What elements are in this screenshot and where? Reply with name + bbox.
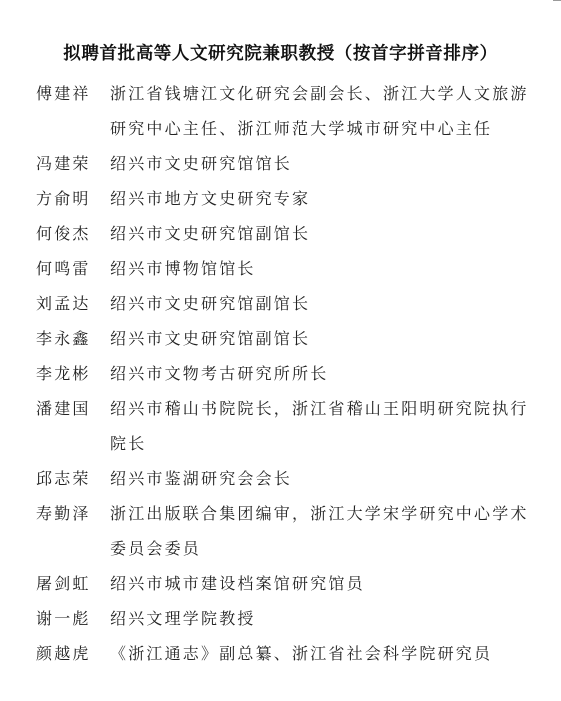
person-title: 绍兴市文史研究馆馆长 bbox=[110, 146, 536, 181]
list-item: 李永鑫 绍兴市文史研究馆副馆长 bbox=[36, 321, 536, 356]
list-item: 何鸣雷 绍兴市博物馆馆长 bbox=[36, 251, 536, 286]
person-title: 《浙江通志》副总纂、浙江省社会科学院研究员 bbox=[110, 636, 536, 671]
list-item: 颜越虎 《浙江通志》副总纂、浙江省社会科学院研究员 bbox=[36, 636, 536, 671]
person-name: 寿勤泽 bbox=[36, 496, 110, 531]
professor-list: 傅建祥 浙江省钱塘江文化研究会副会长、浙江大学人文旅游研究中心主任、浙江师范大学… bbox=[36, 76, 536, 671]
list-item: 寿勤泽 浙江出版联合集团编审，浙江大学宋学研究中心学术委员会委员 bbox=[36, 496, 536, 566]
person-name: 傅建祥 bbox=[36, 76, 110, 111]
person-title: 绍兴市稽山书院院长，浙江省稽山王阳明研究院执行院长 bbox=[110, 391, 536, 461]
person-title: 绍兴市文史研究馆副馆长 bbox=[110, 321, 536, 356]
person-name: 方俞明 bbox=[36, 181, 110, 216]
corner-mark bbox=[553, 0, 561, 1]
list-item: 傅建祥 浙江省钱塘江文化研究会副会长、浙江大学人文旅游研究中心主任、浙江师范大学… bbox=[36, 76, 536, 146]
person-title: 绍兴市城市建设档案馆研究馆员 bbox=[110, 566, 536, 601]
person-name: 何俊杰 bbox=[36, 216, 110, 251]
person-name: 李龙彬 bbox=[36, 356, 110, 391]
person-name: 潘建国 bbox=[36, 391, 110, 426]
list-item: 冯建荣 绍兴市文史研究馆馆长 bbox=[36, 146, 536, 181]
person-title: 浙江出版联合集团编审，浙江大学宋学研究中心学术委员会委员 bbox=[110, 496, 536, 566]
person-title: 绍兴市文史研究馆副馆长 bbox=[110, 216, 536, 251]
person-name: 李永鑫 bbox=[36, 321, 110, 356]
person-title: 绍兴市博物馆馆长 bbox=[110, 251, 536, 286]
list-item: 何俊杰 绍兴市文史研究馆副馆长 bbox=[36, 216, 536, 251]
list-item: 邱志荣 绍兴市鉴湖研究会会长 bbox=[36, 461, 536, 496]
list-item: 李龙彬 绍兴市文物考古研究所所长 bbox=[36, 356, 536, 391]
person-title: 绍兴文理学院教授 bbox=[110, 601, 536, 636]
person-name: 刘孟达 bbox=[36, 286, 110, 321]
person-name: 颜越虎 bbox=[36, 636, 110, 671]
person-name: 谢一彪 bbox=[36, 601, 110, 636]
person-title: 绍兴市文物考古研究所所长 bbox=[110, 356, 536, 391]
person-name: 邱志荣 bbox=[36, 461, 110, 496]
list-item: 屠剑虹 绍兴市城市建设档案馆研究馆员 bbox=[36, 566, 536, 601]
person-title: 浙江省钱塘江文化研究会副会长、浙江大学人文旅游研究中心主任、浙江师范大学城市研究… bbox=[110, 76, 536, 146]
list-item: 潘建国 绍兴市稽山书院院长，浙江省稽山王阳明研究院执行院长 bbox=[36, 391, 536, 461]
list-item: 谢一彪 绍兴文理学院教授 bbox=[36, 601, 536, 636]
person-name: 何鸣雷 bbox=[36, 251, 110, 286]
person-title: 绍兴市地方文史研究专家 bbox=[110, 181, 536, 216]
person-name: 屠剑虹 bbox=[36, 566, 110, 601]
person-title: 绍兴市鉴湖研究会会长 bbox=[110, 461, 536, 496]
list-item: 刘孟达 绍兴市文史研究馆副馆长 bbox=[36, 286, 536, 321]
document-title: 拟聘首批高等人文研究院兼职教授（按首字拼音排序） bbox=[0, 40, 561, 65]
person-name: 冯建荣 bbox=[36, 146, 110, 181]
person-title: 绍兴市文史研究馆副馆长 bbox=[110, 286, 536, 321]
list-item: 方俞明 绍兴市地方文史研究专家 bbox=[36, 181, 536, 216]
